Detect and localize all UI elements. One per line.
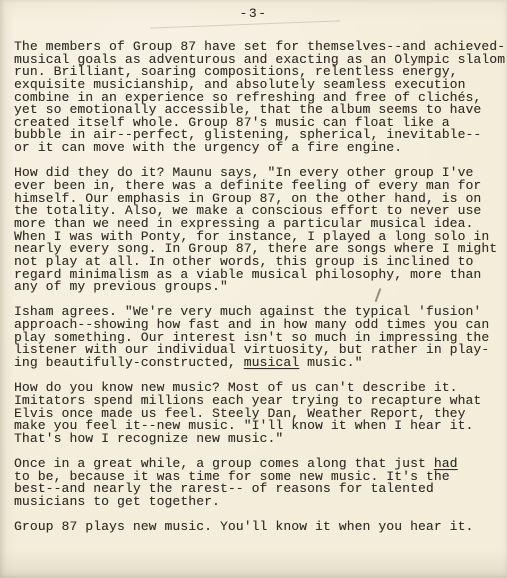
text-segment: any of my previous groups."	[14, 279, 228, 294]
paragraph: Group 87 plays new music. You'll know it…	[14, 521, 505, 534]
document-text: The members of Group 87 have set for the…	[14, 41, 505, 547]
paragraph: Isham agrees. "We're very much against t…	[14, 306, 505, 369]
text-line: or it can move with the urgency of a fir…	[14, 142, 505, 155]
paragraph: The members of Group 87 have set for the…	[14, 41, 505, 155]
text-line: any of my previous groups."	[14, 281, 505, 294]
text-segment: or it can move with the urgency of a fir…	[14, 140, 402, 155]
paragraph: Once in a great while, a group comes alo…	[14, 458, 505, 509]
scanned-document-page: -3- The members of Group 87 have set for…	[0, 0, 507, 578]
page-number: -3-	[0, 6, 507, 21]
underlined-text: musical	[244, 355, 299, 370]
paragraph: How did they do it? Maunu says, "In ever…	[14, 167, 505, 293]
text-segment: Group 87 plays new music. You'll know it…	[14, 519, 473, 534]
text-line: musicians to get together.	[14, 496, 505, 509]
text-segment: musicians to get together.	[14, 494, 220, 509]
text-line: That's how I recognize new music."	[14, 433, 505, 446]
text-segment: music."	[299, 355, 362, 370]
text-line: Group 87 plays new music. You'll know it…	[14, 521, 505, 534]
text-line: ing beautifully-constructed, musical mus…	[14, 357, 505, 370]
text-segment: That's how I recognize new music."	[14, 431, 283, 446]
scan-crease-artifact	[150, 20, 340, 28]
text-segment: ing beautifully-constructed,	[14, 355, 244, 370]
paragraph: How do you know new music? Most of us ca…	[14, 382, 505, 445]
